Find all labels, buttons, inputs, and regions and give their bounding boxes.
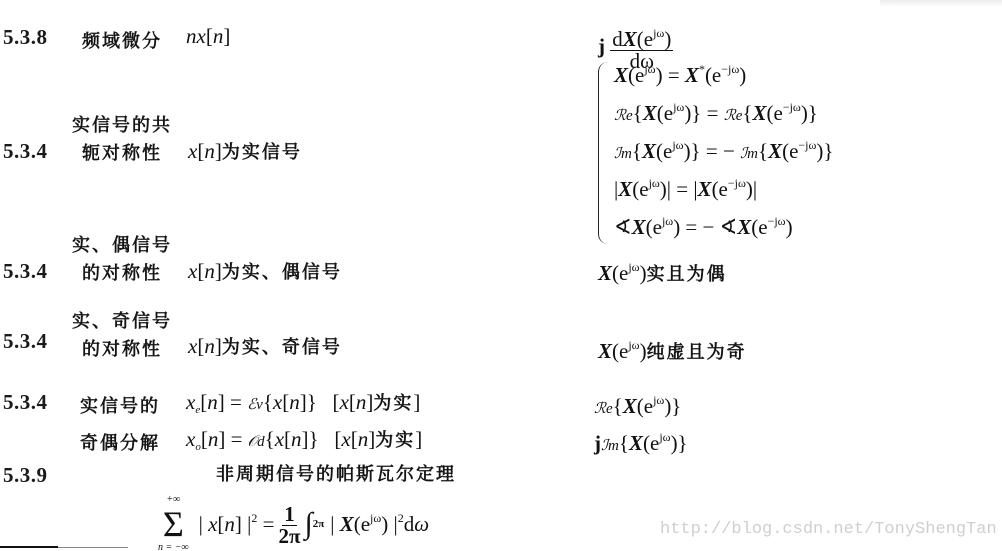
section-number: 5.3.4 — [3, 390, 48, 415]
transform-imag-odd: X(ejω)纯虚且为奇 — [598, 338, 747, 364]
conj-eq-3: ℐm{X(ejω)} = − ℐm{X(e−jω)} — [614, 138, 833, 164]
footer-rule-faint — [58, 547, 128, 548]
summation: +∞ Σ n = −∞ — [158, 494, 189, 551]
conj-eq-1: X(ejω) = X*(e−jω) — [614, 62, 746, 88]
transform-odd-part: jℐm{X(ejω)} — [594, 430, 688, 456]
signal-expression: x[n]为实、奇信号 — [188, 333, 342, 359]
one-over-two-pi: 1 2π — [278, 503, 300, 546]
conj-eq-5: ∢X(ejω) = − ∢X(e−jω) — [614, 214, 793, 240]
left-brace — [598, 62, 613, 244]
section-number: 5.3.4 — [3, 139, 48, 164]
odd-part-expression: xo[n] = 𝒪d{x[n]} [x[n]为实] — [186, 426, 422, 453]
even-part-expression: xe[n] = ℰv{x[n]} [x[n]为实] — [186, 389, 420, 416]
transform-real-even: X(ejω)实且为偶 — [598, 260, 727, 286]
section-number: 5.3.4 — [3, 259, 48, 284]
parseval-equation: +∞ Σ n = −∞ | x[n] |2 = 1 2π ∫2π | X(ejω… — [158, 494, 429, 551]
property-name: 实信号的共轭对称性 — [72, 112, 172, 168]
conj-eq-4: |X(ejω)| = |X(e−jω)| — [614, 176, 757, 202]
property-name-line2: 奇偶分解 — [80, 429, 160, 455]
parseval-title: 非周期信号的帕斯瓦尔定理 — [216, 460, 456, 486]
property-name: 实、偶信号的对称性 — [72, 232, 172, 288]
conj-eq-2: ℛe{X(ejω)} = ℛe{X(e−jω)} — [614, 100, 818, 126]
footer-rule — [0, 546, 58, 548]
signal-expression: nx[n] — [186, 24, 230, 49]
scan-edge-shade — [880, 0, 1002, 7]
property-name: 频域微分 — [82, 27, 162, 53]
section-number: 5.3.4 — [3, 329, 48, 354]
watermark: http://blog.csdn.net/TonyShengTan — [660, 520, 997, 539]
section-number: 5.3.9 — [3, 463, 48, 488]
property-name-line1: 实信号的 — [80, 392, 160, 418]
signal-expression: x[n]为实信号 — [188, 138, 302, 164]
property-name: 实、奇信号的对称性 — [72, 308, 172, 364]
transform-even-part: ℛe{X(ejω)} — [594, 393, 681, 419]
signal-expression: x[n]为实、偶信号 — [188, 258, 342, 284]
section-number: 5.3.8 — [3, 25, 48, 50]
